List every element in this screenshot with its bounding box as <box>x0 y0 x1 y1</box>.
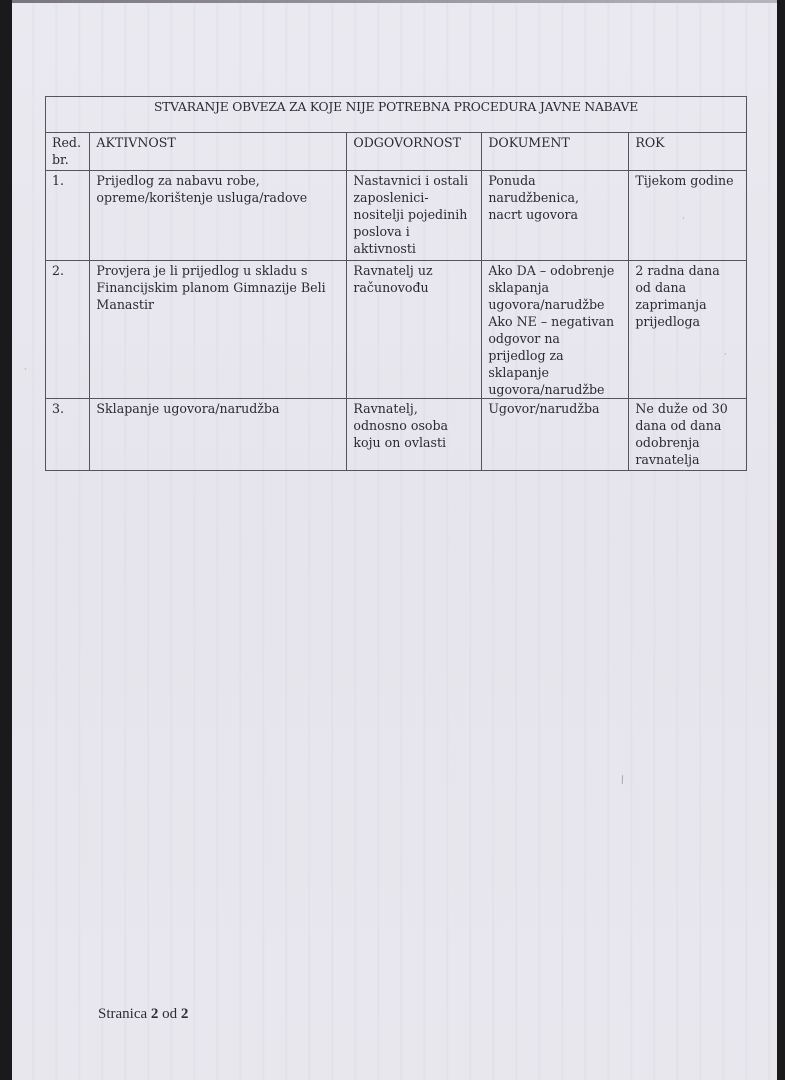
cell-line: dana od dana <box>635 417 740 434</box>
cell-odgovornost: Ravnatelj,odnosno osobakoju on ovlasti <box>347 399 482 471</box>
cell-line: odgovor na <box>488 330 622 347</box>
cell-dokument: Ponudanarudžbenica,nacrt ugovora <box>482 171 629 261</box>
cell-line: nositelji pojedinih <box>353 206 475 223</box>
cell-line: ugovora/narudžbe <box>488 381 622 398</box>
scan-speck: · <box>724 350 727 359</box>
cell-odgovornost: Nastavnici i ostalizaposlenici-nositelji… <box>347 171 482 261</box>
cell-line: aktivnosti <box>353 240 475 257</box>
cell-line: sklapanje <box>488 364 622 381</box>
cell-line: Ne duže od 30 <box>635 400 740 417</box>
table-title-row: STVARANJE OBVEZA ZA KOJE NIJE POTREBNA P… <box>46 97 747 133</box>
header-dokument: DOKUMENT <box>482 133 629 171</box>
row-number: 3. <box>46 399 90 471</box>
cell-line: od dana <box>635 279 740 296</box>
cell-odgovornost: Ravnatelj uzračunovođu <box>347 261 482 399</box>
cell-line: odnosno osoba <box>353 417 475 434</box>
header-rok: ROK <box>629 133 747 171</box>
cell-line: Nastavnici i ostali <box>353 172 475 189</box>
cell-line: Ponuda <box>488 172 622 189</box>
cell-line: odobrenja <box>635 434 740 451</box>
scan-speck: · <box>682 214 685 223</box>
cell-line: prijedlog za <box>488 347 622 364</box>
cell-line: prijedloga <box>635 313 740 330</box>
scan-speck: · <box>24 365 27 374</box>
row-number: 2. <box>46 261 90 399</box>
cell-line: Manastir <box>96 296 340 313</box>
table-row: 1.Prijedlog za nabavu robe,opreme/korišt… <box>46 171 747 261</box>
cell-line: Tijekom godine <box>635 172 740 189</box>
header-aktivnost: AKTIVNOST <box>90 133 347 171</box>
cell-line: zaposlenici- <box>353 189 475 206</box>
cell-line: računovođu <box>353 279 475 296</box>
cell-line: poslova i <box>353 223 475 240</box>
cell-line: opreme/korištenje usluga/radove <box>96 189 340 206</box>
cell-line: Ravnatelj uz <box>353 262 475 279</box>
cell-rok: Ne duže od 30dana od danaodobrenjaravnat… <box>629 399 747 471</box>
cell-line: nacrt ugovora <box>488 206 622 223</box>
cell-aktivnost: Sklapanje ugovora/narudžba <box>90 399 347 471</box>
procedure-table: STVARANJE OBVEZA ZA KOJE NIJE POTREBNA P… <box>45 96 747 471</box>
table-title: STVARANJE OBVEZA ZA KOJE NIJE POTREBNA P… <box>46 97 747 133</box>
cell-line: Financijskim planom Gimnazije Beli <box>96 279 340 296</box>
table-row: 3.Sklapanje ugovora/narudžbaRavnatelj,od… <box>46 399 747 471</box>
table-row: 2.Provjera je li prijedlog u skladu sFin… <box>46 261 747 399</box>
cell-line: zaprimanja <box>635 296 740 313</box>
footer-page-total: 2 <box>181 1006 189 1022</box>
cell-line: Ravnatelj, <box>353 400 475 417</box>
cell-line: Ako DA – odobrenje <box>488 262 622 279</box>
cell-line: sklapanja <box>488 279 622 296</box>
header-odgovornost: ODGOVORNOST <box>347 133 482 171</box>
cell-line: Prijedlog za nabavu robe, <box>96 172 340 189</box>
footer-prefix: Stranica <box>98 1006 151 1022</box>
cell-line: ugovora/narudžbe <box>488 296 622 313</box>
cell-rok: 2 radna danaod danazaprimanjaprijedloga <box>629 261 747 399</box>
cell-dokument: Ako DA – odobrenjesklapanjaugovora/narud… <box>482 261 629 399</box>
cell-line: 2 radna dana <box>635 262 740 279</box>
scan-mark: ⁄ <box>619 775 626 785</box>
cell-rok: Tijekom godine <box>629 171 747 261</box>
table-header-row: Red. br. AKTIVNOST ODGOVORNOST DOKUMENT … <box>46 133 747 171</box>
scanned-page: STVARANJE OBVEZA ZA KOJE NIJE POTREBNA P… <box>12 0 777 1080</box>
cell-line: koju on ovlasti <box>353 434 475 451</box>
cell-line: Sklapanje ugovora/narudžba <box>96 400 340 417</box>
cell-line: ravnatelja <box>635 451 740 468</box>
cell-line: Provjera je li prijedlog u skladu s <box>96 262 340 279</box>
cell-line: narudžbenica, <box>488 189 622 206</box>
footer-middle: od <box>158 1006 181 1022</box>
cell-aktivnost: Prijedlog za nabavu robe,opreme/korišten… <box>90 171 347 261</box>
cell-aktivnost: Provjera je li prijedlog u skladu sFinan… <box>90 261 347 399</box>
row-number: 1. <box>46 171 90 261</box>
page-footer: Stranica 2 od 2 <box>98 1006 188 1023</box>
cell-line: Ako NE – negativan <box>488 313 622 330</box>
header-red-br: Red. br. <box>46 133 90 171</box>
scan-top-edge <box>12 0 777 3</box>
cell-dokument: Ugovor/narudžba <box>482 399 629 471</box>
cell-line: Ugovor/narudžba <box>488 400 622 417</box>
